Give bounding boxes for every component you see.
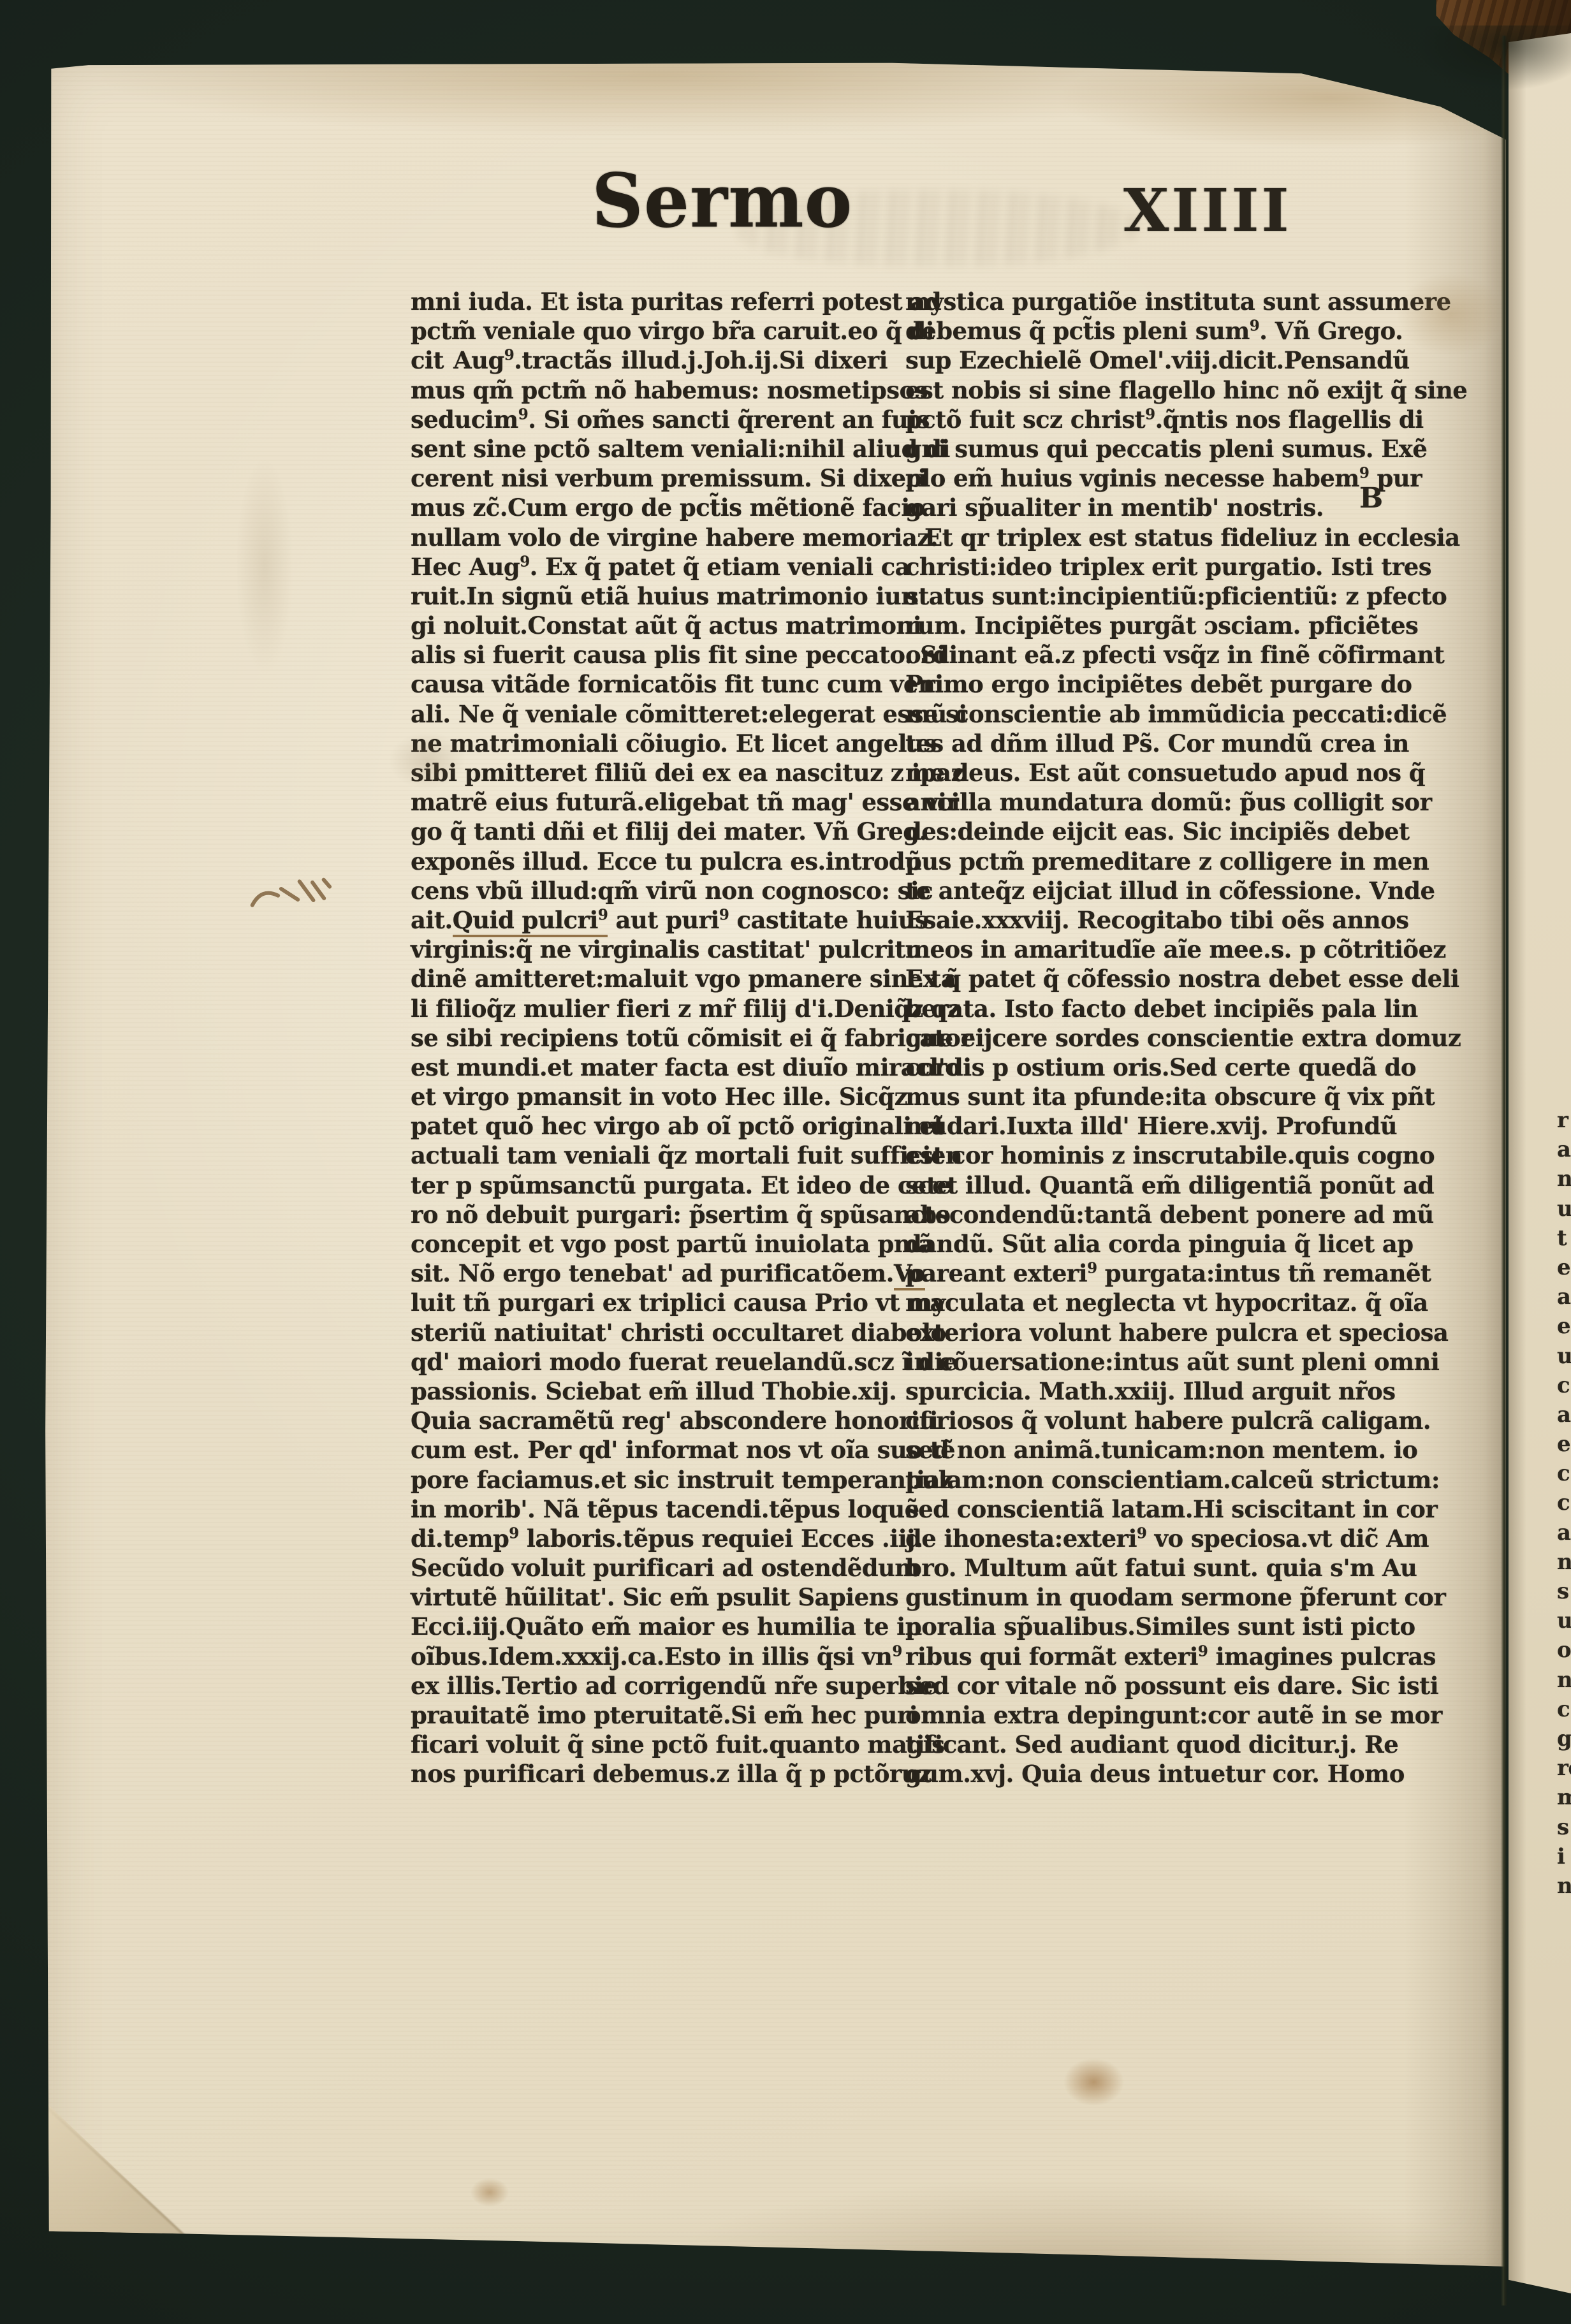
text-line: li filioq̃z mulier fieri z mr̃ filij d'i…: [411, 994, 888, 1023]
text-line: sent sine pctõ saltem veniali:nihil aliu…: [411, 434, 888, 464]
text-line: ruit.In signũ etiã huius matrimonio iun: [411, 581, 888, 611]
text-column-right: mystica purgatiõe instituta sunt assumer…: [905, 287, 1390, 1789]
text-line: n: [1557, 1871, 1571, 1901]
text-line: Ex q̃ patet q̃ cõfessio nostra debet ess…: [905, 964, 1390, 993]
text-line: qd' maiori modo fuerat reuelandũ.scz ĩ d…: [411, 1347, 888, 1377]
text-line: alis si fuerit causa plis fit sine pecca…: [411, 640, 888, 669]
gutter-top-shadow: [1377, 26, 1571, 147]
text-line: te anteq̃z eijciat illud in cõfessione. …: [905, 876, 1390, 905]
text-line: se sibi recipiens totũ cõmisit ei q̃ fab…: [411, 1023, 888, 1053]
text-line: go q̃ tanti dñi et filij dei mater. Vñ G…: [411, 817, 888, 846]
text-line: e: [1557, 1429, 1571, 1459]
folio-number: XIIII: [1123, 176, 1292, 245]
text-line: c: [1557, 1488, 1571, 1517]
text-line: causa vitãde fornicatõis fit tunc cum ve…: [411, 669, 888, 699]
text-line: cit Aug9.tractãs illud.j.Joh.ij.Si dixer…: [411, 346, 888, 375]
text-line: rum. Incipiẽtes purgãt ɔsciam. pficiẽtes: [905, 611, 1390, 640]
text-line: mus qm̃ pctm̃ nõ habemus: nosmetipsos: [411, 376, 888, 405]
text-line: abscondendũ:tantã debent ponere ad mũ: [905, 1200, 1390, 1229]
text-line: in morib'. Nã tẽpus tacendi.tẽpus loquẽ: [411, 1495, 888, 1524]
text-line: ex illis.Tertio ad corrigendũ nr̃e super…: [411, 1671, 888, 1700]
text-line: plo em̃ huius vginis necesse habem9 pur: [905, 464, 1390, 493]
text-line: a: [1557, 1400, 1571, 1429]
text-line: des:deinde eijcit eas. Sic incipiẽs debe…: [905, 817, 1390, 846]
text-line: steriũ natiuitat' christi occultaret dia…: [411, 1318, 888, 1347]
text-line: a: [1557, 1135, 1571, 1164]
text-line: mystica purgatiõe instituta sunt assumer…: [905, 287, 1390, 316]
text-line: status sunt:incipientiũ:pficientiũ: z pf…: [905, 581, 1390, 611]
margin-annotation-squiggle: [245, 868, 339, 920]
text-line: meos in amaritudĩe aĩe mee.s. p cõtritiõ…: [905, 935, 1390, 964]
text-line: berata. Isto facto debet incipiẽs pala l…: [905, 994, 1390, 1023]
text-line: bro. Multum aũt fatui sunt. quia s'm Au: [905, 1553, 1390, 1582]
text-line: patet quõ hec virgo ab oĩ pctõ originali…: [411, 1111, 888, 1141]
text-line: gum.xvj. Quia deus intuetur cor. Homo: [905, 1759, 1390, 1788]
text-line: est cor hominis z inscrutabile.quis cogn…: [905, 1141, 1390, 1170]
text-line: mus sunt ita pfunde:ita obscure q̃ vix p…: [905, 1082, 1390, 1111]
text-line: gi noluit.Constat aũt q̃ actus matrimoni: [411, 611, 888, 640]
text-line: me deus. Est aũt consuetudo apud nos q̃: [905, 758, 1390, 787]
text-line: ancilla mundatura domũ: p̃us colligit so…: [905, 787, 1390, 817]
text-line: christi:ideo triplex erit purgatio. Isti…: [905, 552, 1390, 581]
text-line: sup Ezechielẽ Omel'.viij.dicit.Pensandũ: [905, 346, 1390, 375]
text-line: pareant exteri9 purgata:intus tñ remanẽt: [905, 1259, 1390, 1288]
text-line: curiosos q̃ volunt habere pulcrã caligam…: [905, 1406, 1390, 1435]
text-line: c: [1557, 1459, 1571, 1488]
text-line: di.temp9 laboris.tẽpus requiei Ecces .ii…: [411, 1524, 888, 1553]
text-line: passionis. Sciebat em̃ illud Thobie.xij.: [411, 1377, 888, 1406]
text-line: o: [1557, 1635, 1571, 1665]
left-page: Sermo XIIII mni iuda. Et ista puritas re…: [45, 62, 1506, 2270]
text-line: ne matrimoniali cõiugio. Et licet angelu…: [411, 729, 888, 758]
text-line: Et qr triplex est status fideliuz in ecc…: [905, 523, 1390, 552]
text-line: in cõuersatione:intus aũt sunt pleni omn…: [905, 1347, 1390, 1377]
text-line: omnia extra depingunt:cor autẽ in se mor: [905, 1700, 1390, 1730]
text-line: Hec Aug9. Ex q̃ patet q̃ etiam veniali c…: [411, 552, 888, 581]
text-line: ali. Ne q̃ veniale cõmitteret:elegerat e…: [411, 699, 888, 729]
text-line: gustinum in quodam sermone p̃ferunt cor: [905, 1582, 1390, 1612]
text-line: Secũdo voluit purificari ad ostendẽdum: [411, 1553, 888, 1582]
text-line: n: [1557, 1547, 1571, 1577]
dogear-fold: [41, 2098, 212, 2261]
text-line: a: [1557, 1282, 1571, 1312]
text-line: mũ conscientie ab immũdicia peccati:dicẽ: [905, 699, 1390, 729]
text-line: u: [1557, 1194, 1571, 1224]
text-line: virtutẽ hũilitat'. Sic em̃ psulit Sapien…: [411, 1582, 888, 1612]
text-line: seducim9. Si om̃es sancti q̃rerent an fu…: [411, 405, 888, 434]
text-line: est nobis si sine flagello hinc nõ exijt…: [905, 376, 1390, 405]
text-line: nullam volo de virgine habere memoriaz.: [411, 523, 888, 552]
text-line: cens vbũ illud:qm̃ virũ non cognosco: si…: [411, 876, 888, 905]
text-line: et virgo pmansit in voto Hec ille. Sicq̃…: [411, 1082, 888, 1111]
text-line: Primo ergo incipiẽtes debẽt purgare do: [905, 669, 1390, 699]
quire-signature: B: [1359, 482, 1383, 515]
text-line: cordis p ostium oris.Sed certe quedã do: [905, 1053, 1390, 1082]
text-line: c: [1557, 1371, 1571, 1400]
text-line: ordinant eã.z pfecti vsq̃z in finẽ cõfir…: [905, 640, 1390, 669]
text-line: ribus qui formãt exteri9 imagines pulcra…: [905, 1642, 1390, 1671]
text-line: sed cor vitale nõ possunt eis dare. Sic …: [905, 1671, 1390, 1700]
text-line: u: [1557, 1606, 1571, 1635]
text-line: poralia sp̃ualibus.Similes sunt isti pic…: [905, 1612, 1390, 1641]
text-line: n: [1557, 1164, 1571, 1194]
text-line: re: [1557, 1753, 1571, 1783]
text-line: sed conscientiã latam.Hi sciscitant in c…: [905, 1495, 1390, 1524]
text-line: matrẽ eius futurã.eligebat tñ mag' esse …: [411, 787, 888, 817]
text-line: ait.Quid pulcri9 aut puri9 castitate hui…: [411, 905, 888, 935]
text-line: s: [1557, 1577, 1571, 1606]
text-line: i: [1557, 1842, 1571, 1871]
text-line: scet illud. Quantã em̃ diligentiã ponũt …: [905, 1171, 1390, 1200]
text-line: r: [1557, 1106, 1571, 1135]
text-line: Quia sacramẽtũ reg' abscondere honorifi: [411, 1406, 888, 1435]
text-line: mũdari.Iuxta illd' Hiere.xvij. Profundũ: [905, 1111, 1390, 1141]
running-title: Sermo: [592, 157, 852, 244]
right-page-sliver: ranuteaeucaeccansuoncguremsin: [1509, 33, 1571, 2293]
text-line: cerent nisi verbum premissum. Si dixeri: [411, 464, 888, 493]
text-line: pulam:non conscientiam.calceũ strictum:: [905, 1465, 1390, 1495]
stain-spot: [1063, 2058, 1124, 2106]
text-line: tificant. Sed audiant quod dicitur.j. Re: [905, 1730, 1390, 1759]
gutter-fold-line: [1501, 36, 1507, 2306]
text-line: oĩbus.Idem.xxxij.ca.Esto in illis q̃si v…: [411, 1642, 888, 1671]
text-line: nos purificari debemus.z illa q̃ p pctõr…: [411, 1759, 888, 1788]
text-line: sit. Nõ ergo tenebat' ad purificatõem.Vo: [411, 1259, 888, 1288]
text-line: exteriora volunt habere pulcra et specio…: [905, 1318, 1390, 1347]
text-line: m: [1557, 1783, 1571, 1812]
text-line: debemus q̃ pct̃is pleni sum9. Vñ Grego.: [905, 316, 1390, 346]
text-line: s: [1557, 1813, 1571, 1842]
text-line: ter p spũmsanctũ purgata. Et ideo de cet…: [411, 1171, 888, 1200]
text-line: n: [1557, 1665, 1571, 1695]
text-line: e: [1557, 1253, 1571, 1282]
text-line: maculata et neglecta vt hypocritaz. q̃ o…: [905, 1288, 1390, 1317]
edge-text-fragments: ranuteaeucaeccansuoncguremsin: [1557, 1106, 1571, 1901]
text-line: gni sumus qui peccatis pleni sumus. Exẽ: [905, 434, 1390, 464]
text-line: pore faciamus.et sic instruit temperanti…: [411, 1465, 888, 1495]
text-line: ficari voluit q̃ sine pctõ fuit.quanto m…: [411, 1730, 888, 1759]
text-line: actuali tam veniali q̃z mortali fuit suf…: [411, 1141, 888, 1170]
text-line: prauitatẽ imo pteruitatẽ.Si em̃ hec puri: [411, 1700, 888, 1730]
text-line: est mundi.et mater facta est diuĩo mirac…: [411, 1053, 888, 1082]
text-line: dandũ. Sũt alia corda pinguia q̃ licet a…: [905, 1229, 1390, 1259]
text-line: tes ad dñm illud Ps̃. Cor mundũ crea in: [905, 729, 1390, 758]
text-line: u: [1557, 1341, 1571, 1371]
text-line: cum est. Per qd' informat nos vt oĩa suo…: [411, 1435, 888, 1465]
stain-spot: [236, 458, 293, 675]
text-line: dinẽ amitteret:maluit vgo pmanere sine t…: [411, 964, 888, 993]
text-line: t: [1557, 1224, 1571, 1253]
text-column-left: mni iuda. Et ista puritas referri potest…: [411, 287, 888, 1789]
text-line: c: [1557, 1695, 1571, 1724]
text-line: spurcicia. Math.xxiij. Illud arguit nr̃o…: [905, 1377, 1390, 1406]
text-line: gu: [1557, 1724, 1571, 1753]
stain-spot: [471, 2178, 509, 2207]
book-photo: { "page": { "header": { "title": "Sermo"…: [0, 0, 1571, 2324]
text-line: ro nõ debuit purgari: p̃sertim q̃ spũsan…: [411, 1200, 888, 1229]
text-line: pctm̃ veniale quo virgo br̃a caruit.eo q…: [411, 316, 888, 346]
text-line: exponẽs illud. Ecce tu pulcra es.introdu: [411, 847, 888, 876]
text-line: gari sp̃ualiter in mentib' nostris.: [905, 493, 1390, 522]
text-line: luit tñ purgari ex triplici causa Prio v…: [411, 1288, 888, 1317]
text-line: Ecci.iij.Quãto em̃ maior es humilia te i…: [411, 1612, 888, 1641]
text-line: sibi pmitteret filiũ dei ex ea nascituz …: [411, 758, 888, 787]
text-line: virginis:q̃ ne virginalis castitat' pulc…: [411, 935, 888, 964]
text-line: mus zc̃.Cum ergo de pct̃is mẽtionẽ facio: [411, 493, 888, 522]
text-line: Esaie.xxxviij. Recogitabo tibi oẽs annos: [905, 905, 1390, 935]
text-line: p̃us pctm̃ premeditare z colligere in me…: [905, 847, 1390, 876]
text-line: concepit et vgo post partũ inuiolata pmã: [411, 1229, 888, 1259]
text-line: gue eijcere sordes conscientie extra dom…: [905, 1023, 1390, 1053]
text-line: mni iuda. Et ista puritas referri potest…: [411, 287, 888, 316]
text-line: de ihonesta:exteri9 vo speciosa.vt dic̃ …: [905, 1524, 1390, 1553]
text-line: a: [1557, 1518, 1571, 1547]
text-line: sed non animã.tunicam:non mentem. io: [905, 1435, 1390, 1465]
text-line: e: [1557, 1312, 1571, 1341]
text-line: pctõ fuit scz christ9.q̃ntis nos flagell…: [905, 405, 1390, 434]
